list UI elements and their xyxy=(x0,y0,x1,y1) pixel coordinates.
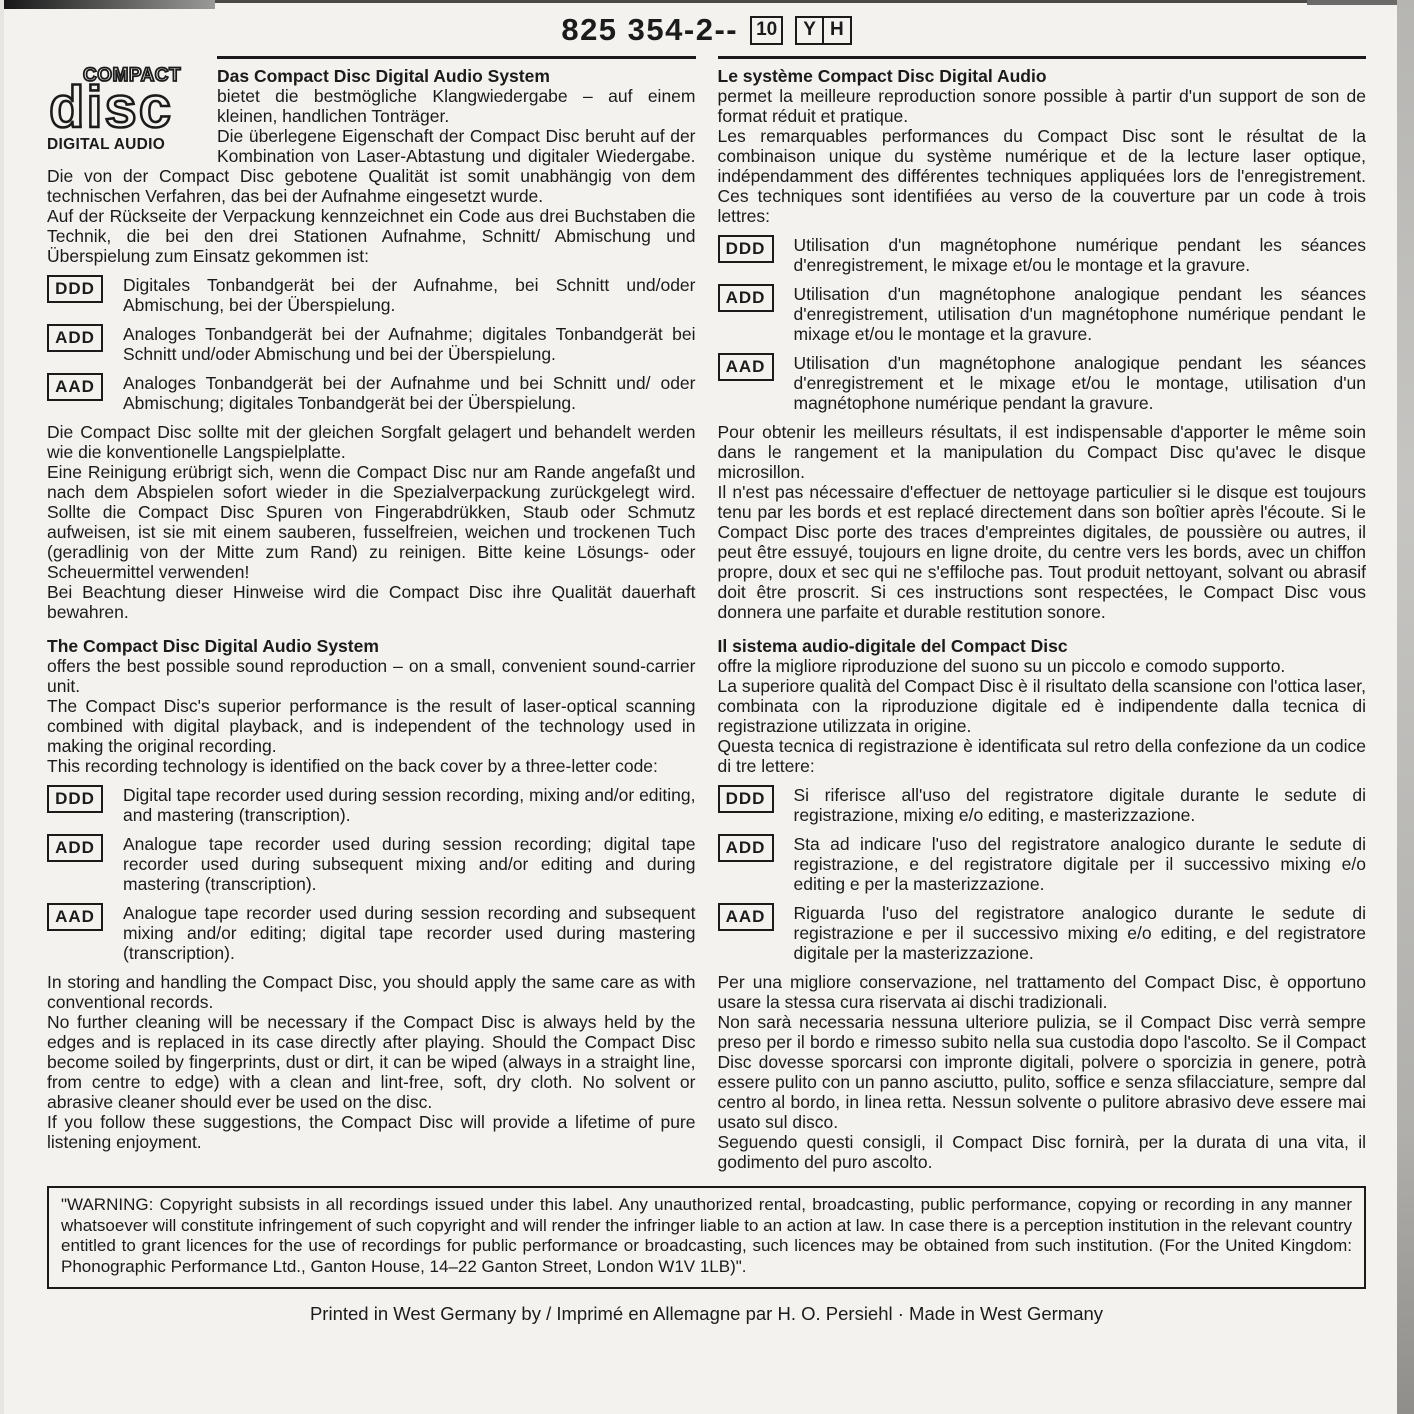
catalog-number: 825 354-2-- xyxy=(561,12,738,48)
section-english: The Compact Disc Digital Audio System of… xyxy=(47,636,696,1152)
italian-paragraph: Questa tecnica di registrazione è identi… xyxy=(718,736,1367,776)
german-code-aad: AAD Analoges Tonbandgerät bei der Aufnah… xyxy=(47,373,696,413)
right-column: Le système Compact Disc Digital Audio pe… xyxy=(718,56,1367,1172)
copyright-warning-box: "WARNING: Copyright subsists in all reco… xyxy=(47,1186,1366,1289)
column-rule xyxy=(217,56,696,59)
add-badge: ADD xyxy=(47,324,103,352)
add-badge: ADD xyxy=(718,834,774,862)
french-heading: Le système Compact Disc Digital Audio xyxy=(718,66,1367,86)
german-code-add: ADD Analoges Tonbandgerät bei der Aufnah… xyxy=(47,324,696,364)
german-paragraph: Bei Beachtung dieser Hinweise wird die C… xyxy=(47,582,696,622)
ddd-badge: DDD xyxy=(47,785,103,813)
italian-code-add: ADD Sta ad indicare l'uso del registrato… xyxy=(718,834,1367,894)
french-paragraph: Pour obtenir les meilleurs résultats, il… xyxy=(718,422,1367,482)
english-code-aad: AAD Analogue tape recorder used during s… xyxy=(47,903,696,963)
english-code-add: ADD Analogue tape recorder used during s… xyxy=(47,834,696,894)
catalog-header: 825 354-2-- 10 Y H xyxy=(47,8,1366,56)
scan-edge-right xyxy=(1397,0,1414,1414)
section-german: COMPACT disc DIGITAL AUDIO Das Compact D… xyxy=(47,56,696,622)
italian-paragraph: offre la migliore riproduzione del suono… xyxy=(718,656,1367,676)
english-paragraph: No further cleaning will be necessary if… xyxy=(47,1012,696,1112)
italian-heading: Il sistema audio-digitale del Compact Di… xyxy=(718,636,1367,656)
text-columns: COMPACT disc DIGITAL AUDIO Das Compact D… xyxy=(47,56,1366,1172)
italian-paragraph: La superiore qualità del Compact Disc è … xyxy=(718,676,1367,736)
italian-paragraph: Per una migliore conservazione, nel trat… xyxy=(718,972,1367,1012)
ddd-badge: DDD xyxy=(47,275,103,303)
german-code-ddd: DDD Digitales Tonbandgerät bei der Aufna… xyxy=(47,275,696,315)
italian-code-aad: AAD Riguarda l'uso del registratore anal… xyxy=(718,903,1367,963)
german-paragraph: Die Compact Disc sollte mit der gleichen… xyxy=(47,422,696,462)
label-code-y: Y xyxy=(797,18,822,43)
italian-code-ddd: DDD Si riferisce all'uso del registrator… xyxy=(718,785,1367,825)
booklet-page: 825 354-2-- 10 Y H COMPACT disc DIGITAL … xyxy=(0,0,1414,1325)
add-badge: ADD xyxy=(47,834,103,862)
price-code-box: 10 xyxy=(750,16,783,45)
label-code-boxes: Y H xyxy=(795,16,851,45)
french-paragraph: Les remarquables performances du Compact… xyxy=(718,126,1367,226)
french-code-ddd: DDD Utilisation d'un magnétophone numéri… xyxy=(718,235,1367,275)
aad-badge: AAD xyxy=(47,903,103,931)
english-paragraph: This recording technology is identified … xyxy=(47,756,696,776)
english-heading: The Compact Disc Digital Audio System xyxy=(47,636,696,656)
aad-badge: AAD xyxy=(47,373,103,401)
italian-paragraph: Seguendo questi consigli, il Compact Dis… xyxy=(718,1132,1367,1172)
german-paragraph: Eine Reinigung erübrigt sich, wenn die C… xyxy=(47,462,696,582)
add-badge: ADD xyxy=(718,284,774,312)
aad-badge: AAD xyxy=(718,903,774,931)
compact-disc-logo: COMPACT disc DIGITAL AUDIO xyxy=(47,66,217,162)
english-paragraph: offers the best possible sound reproduct… xyxy=(47,656,696,696)
french-paragraph: permet la meilleure reproduction sonore … xyxy=(718,86,1367,126)
english-paragraph: In storing and handling the Compact Disc… xyxy=(47,972,696,1012)
logo-word-digital-audio: DIGITAL AUDIO xyxy=(47,135,217,155)
english-paragraph: The Compact Disc's superior performance … xyxy=(47,696,696,756)
german-paragraph: Auf der Rückseite der Verpackung kennzei… xyxy=(47,206,696,266)
printer-credit: Printed in West Germany by / Imprimé en … xyxy=(47,1303,1366,1325)
ddd-badge: DDD xyxy=(718,785,774,813)
label-code-h: H xyxy=(822,18,850,43)
section-italian: Il sistema audio-digitale del Compact Di… xyxy=(718,636,1367,1172)
section-french: Le système Compact Disc Digital Audio pe… xyxy=(718,56,1367,622)
french-code-aad: AAD Utilisation d'un magnétophone analog… xyxy=(718,353,1367,413)
ddd-badge: DDD xyxy=(718,235,774,263)
aad-badge: AAD xyxy=(718,353,774,381)
french-paragraph: Il n'est pas nécessaire d'effectuer de n… xyxy=(718,482,1367,622)
column-rule xyxy=(718,56,1367,59)
italian-paragraph: Non sarà necessaria nessuna ulteriore pu… xyxy=(718,1012,1367,1132)
english-code-ddd: DDD Digital tape recorder used during se… xyxy=(47,785,696,825)
english-paragraph: If you follow these suggestions, the Com… xyxy=(47,1112,696,1152)
french-code-add: ADD Utilisation d'un magnétophone analog… xyxy=(718,284,1367,344)
left-column: COMPACT disc DIGITAL AUDIO Das Compact D… xyxy=(47,56,696,1172)
logo-word-disc: disc xyxy=(49,84,217,132)
